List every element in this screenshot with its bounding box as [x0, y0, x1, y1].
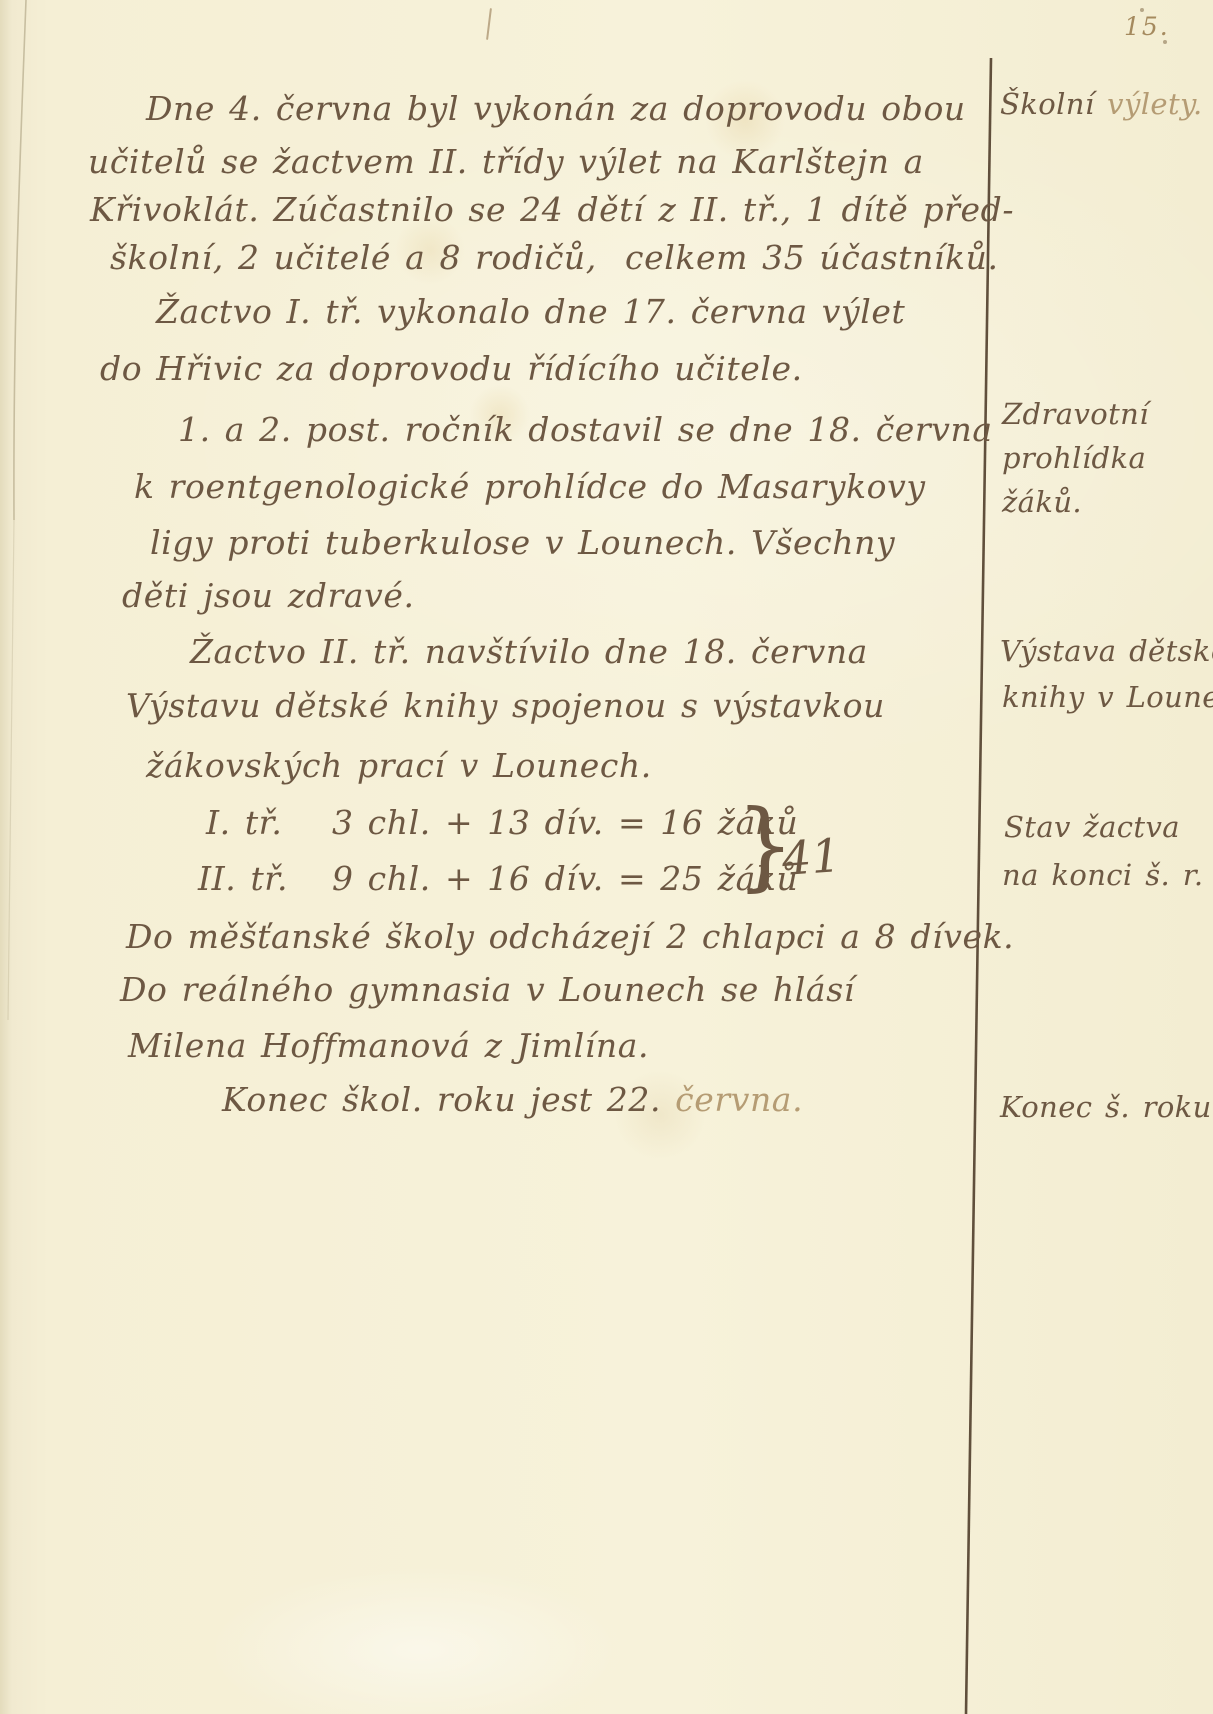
- margin-note: Školní výlety.: [1000, 90, 1203, 119]
- chronicle-line: k roentgenologické prohlídce do Masaryko…: [134, 470, 926, 503]
- chronicle-line: Dne 4. června byl vykonán za doprovodu o…: [146, 92, 966, 125]
- margin-note-text: Školní: [1000, 87, 1107, 121]
- margin-rule-line: [966, 58, 991, 1714]
- page-number: 15.: [1124, 12, 1170, 41]
- margin-note: knihy v Lounech: [1002, 683, 1213, 712]
- enrollment-row-counts: 3 chl. + 13 dív. = 16 žáků: [332, 806, 798, 839]
- margin-note: Zdravotní: [1002, 400, 1149, 429]
- chronicle-line: Žactvo II. tř. navštívilo dne 18. června: [190, 635, 868, 668]
- chronicle-line: školní, 2 učitelé a 8 rodičů, celkem 35 …: [110, 241, 999, 274]
- closing-text: Konec škol. roku jest 22.: [222, 1080, 675, 1119]
- chronicle-line: Žactvo I. tř. vykonalo dne 17. června vý…: [156, 295, 905, 328]
- chronicle-line: žákovských prací v Lounech.: [146, 749, 652, 782]
- paper-crease: [14, 0, 26, 520]
- margin-note: na konci š. r.: [1002, 861, 1203, 890]
- chronicle-line: učitelů se žactvem II. třídy výlet na Ka…: [88, 145, 924, 178]
- margin-note-text-faded: výlety.: [1107, 87, 1202, 121]
- chronicle-line: do Hřivic za doprovodu řídícího učitele.: [100, 352, 803, 385]
- paper-crease-lower: [8, 520, 14, 1020]
- margin-note: žáků.: [1002, 488, 1082, 517]
- chronicle-line: Do reálného gymnasia v Lounech se hlásí: [120, 973, 855, 1006]
- closing-text-faded: června.: [675, 1080, 803, 1119]
- enrollment-row-grade: II. tř.: [198, 862, 288, 895]
- stray-ink-mark: [486, 8, 492, 40]
- margin-note: Výstava dětské: [1000, 637, 1213, 666]
- chronicle-line: Křivoklát. Zúčastnilo se 24 dětí z II. t…: [90, 193, 1014, 226]
- margin-note: Stav žactva: [1004, 813, 1180, 842]
- enrollment-row-counts: 9 chl. + 16 dív. = 25 žáků: [332, 862, 798, 895]
- closing-line: Konec škol. roku jest 22. června.: [222, 1083, 803, 1116]
- margin-note: prohlídka: [1002, 444, 1146, 473]
- chronicle-line: děti jsou zdravé.: [122, 579, 415, 612]
- chronicle-page: 15. Dne 4. června byl vykonán za doprovo…: [0, 0, 1213, 1714]
- chronicle-line: Milena Hoffmanová z Jimlína.: [128, 1029, 649, 1062]
- enrollment-row-grade: I. tř.: [206, 806, 283, 839]
- chronicle-line: 1. a 2. post. ročník dostavil se dne 18.…: [178, 413, 993, 446]
- chronicle-line: Do měšťanské školy odcházejí 2 chlapci a…: [126, 920, 1014, 953]
- margin-note: Konec š. roku.: [1000, 1093, 1213, 1122]
- chronicle-line: Výstavu dětské knihy spojenou s výstavko…: [126, 689, 885, 722]
- chronicle-line: ligy proti tuberkulose v Lounech. Všechn…: [150, 526, 895, 559]
- enrollment-total: 41: [780, 828, 842, 886]
